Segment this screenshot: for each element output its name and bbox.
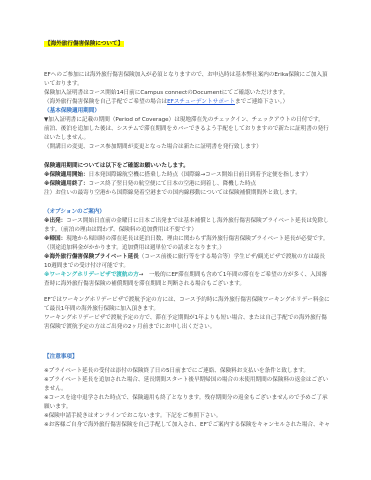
note-5: ※お客様ご自身で海外旅行傷害保険を自己手配して加入され、EFでご案内する保険をキ… <box>44 421 344 430</box>
coverage-end-label: ※保険適用終了： <box>44 181 89 187</box>
note-4: ※保険申請手続きはオンラインでおこないます。下記をご参照下さい。 <box>44 412 344 421</box>
option-depart-line-2: ます。（前泊の理由は問わず、保険料の追加費用は不要です） <box>44 226 344 235</box>
intro-line-1: EFへのご参加には海外旅行傷害保険加入が必須となりますので、お申込時は基本弊社案… <box>44 71 344 80</box>
basic-period-line-3: はいたしません。 <box>44 134 344 143</box>
section-title: 【海外旅行傷害保険について】 <box>44 40 344 49</box>
basic-period-line-2: 前泊、後泊を追加した後は、システムで滞在期間をカバーできるよう手配をしております… <box>44 125 344 134</box>
option-return-text: 現地から帰国時の滞在延長は延泊日数、理由に関わらず海外旅行傷害保険プライベート延… <box>66 236 328 242</box>
basic-period-line-1: ▼加入証明書に記載の期間（Period of Coverage）は現地滞在先のチ… <box>44 116 344 125</box>
coverage-start: ※保険適用開始：日本発国際線航空機に搭乗した時点（国際線→コース開始日前日到着予… <box>44 171 344 180</box>
note-2b: ません。 <box>44 385 344 394</box>
intro-line-4: （海外旅行傷害保険を自己手配でご希望の場合はEFスチューデントサポートまでご連絡… <box>44 98 344 107</box>
coverage-note: 注）お住いの最寄り空港から国際線発着空港までの国内線移動については保険補償期間外… <box>44 189 344 198</box>
note-3b: 願います。 <box>44 403 344 412</box>
coverage-end: ※保険適用終了：コース終了翌日発の航空便にて日本の空港に到着し、降機した時点 <box>44 180 344 189</box>
student-support-link[interactable]: EFスチューデントサポート <box>167 99 235 105</box>
note-3a: ※コースを途中退学された時点で、保険適用も終了となります。残存期間分の返金もござ… <box>44 394 344 403</box>
notes-heading: 【注意事項】 <box>44 353 344 362</box>
document-page: 【海外旅行傷害保険について】 EFへのご参加には海外旅行傷害保険加入が必須となり… <box>0 0 371 480</box>
basic-period-heading: （基本保険適用期間） <box>44 107 344 116</box>
coverage-start-label: ※保険適用開始： <box>44 172 89 178</box>
working-holiday-line-4: て最長1年間の海外旅行保険に加入頂きます。 <box>44 305 344 314</box>
option-private-label: ※海外旅行傷害保険プライベート延長 <box>44 254 139 260</box>
note-1: ※プライベート延長の受付は添付の保険終了日の5日前までにご連絡、保険料お支払いを… <box>44 367 344 376</box>
option-depart: ※出発：コース開始日直前の金曜日に日本ご出発までは基本補償とし海外旅行傷害保険プ… <box>44 217 344 226</box>
option-return-line-2: （別途追加料金がかかります。追加費用は週単位での請求となります。） <box>44 244 344 253</box>
basic-period-line-4: （開講日の変更、コース参加期間が変更となった場合は新たに証明書を発行致します） <box>44 143 344 152</box>
option-working-holiday: ※ワーキングホリデービザで渡航の方→ 一般的にEF滞在期間も含めて1年間の滞在を… <box>44 271 344 280</box>
intro-line-3: 保険加入証明書はコース開始14日前にCampus connectのDocumen… <box>44 89 344 98</box>
working-holiday-text: → 一般的にEF滞在期間も含めて1年間の滞在をご希望の方が多く、入国審 <box>139 272 327 278</box>
highlighted-title: 【海外旅行傷害保険について】 <box>44 41 124 47</box>
option-private-line-2: 10週間までの受け付け可能です。 <box>44 262 344 271</box>
option-return: ※帰国：現地から帰国時の滞在延長は延泊日数、理由に関わらず海外旅行傷害保険プライ… <box>44 235 344 244</box>
working-holiday-line-5: ワーキングホリデービザで渡航予定の方で、滞在予定期間が1年よりも短い場合、または… <box>44 314 344 323</box>
intro-line-4-post: までご連絡下さい。） <box>235 99 288 105</box>
option-depart-text: コース開始日直前の金曜日に日本ご出発までは基本補償とし海外旅行傷害保険プライベー… <box>66 218 328 224</box>
working-holiday-line-6: 害保険で渡航予定の方はご出発の2ヶ月前までにお申し出ください。 <box>44 323 344 332</box>
intro-line-4-pre: （海外旅行傷害保険を自己手配でご希望の場合は <box>44 99 167 105</box>
note-2a: ※プライベート延長を追加された場合、延長期間スタート後早期帰国の場合の未使用期間… <box>44 376 344 385</box>
option-private-text: （コース前後に旅行等をする場合等）学生ビザ/観光ビザで渡航の方は最長 <box>139 254 325 260</box>
intro-line-2: いております。 <box>44 80 344 89</box>
options-heading: （オプションのご案内） <box>44 208 344 217</box>
coverage-end-text: コース終了翌日発の航空便にて日本の空港に到着し、降機した時点 <box>89 181 257 187</box>
option-depart-label: ※出発： <box>44 218 66 224</box>
working-holiday-line-2: 査時に海外旅行傷害保険の補償期間を滞在期間と判断される場合もございます。 <box>44 280 344 289</box>
coverage-start-text: 日本発国際線航空機に搭乗した時点（国際線→コース開始日前日到着予定便を指します） <box>89 172 312 178</box>
coverage-heading: 保険適用期間については以下をご確認お願いいたします。 <box>44 162 344 171</box>
option-return-label: ※帰国： <box>44 236 66 242</box>
working-holiday-label: ※ワーキングホリデービザで渡航の方 <box>44 272 139 278</box>
option-private: ※海外旅行傷害保険プライベート延長（コース前後に旅行等をする場合等）学生ビザ/観… <box>44 253 344 262</box>
working-holiday-line-3: EFではワーキングホリデービザで渡航予定の方には、コース予約時に海外旅行傷害保険… <box>44 296 344 305</box>
